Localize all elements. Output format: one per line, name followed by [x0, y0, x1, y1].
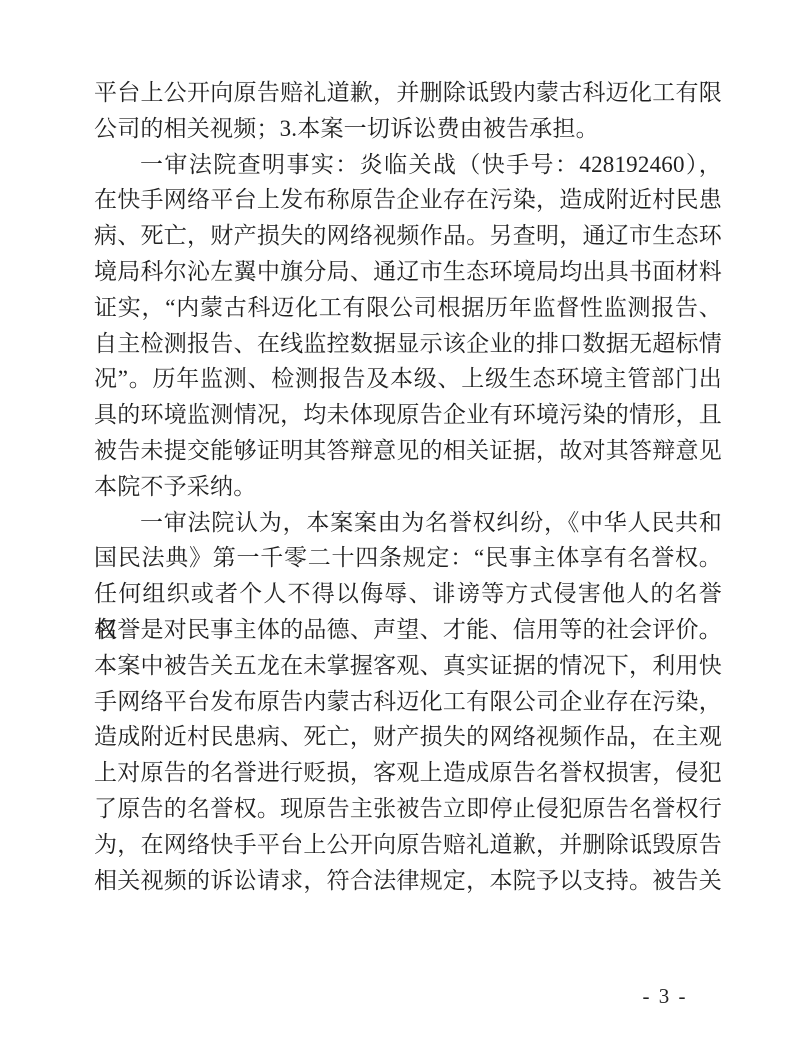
text-line: 在快手网络平台上发布称原告企业存在污染，造成附近村民患 [94, 182, 722, 218]
text-line: 相关视频的诉讼请求，符合法律规定，本院予以支持。被告关 [94, 863, 722, 899]
text-line: 一审法院认为，本案案由为名誉权纠纷，《中华人民共和 [94, 505, 722, 541]
judgment-text-block: 平台上公开向原告赔礼道歉，并删除诋毁内蒙古科迈化工有限 公司的相关视频；3.本案… [94, 75, 722, 898]
text-line: 被告未提交能够证明其答辩意见的相关证据，故对其答辩意见 [94, 433, 722, 469]
document-page: 平台上公开向原告赔礼道歉，并删除诋毁内蒙古科迈化工有限 公司的相关视频；3.本案… [0, 0, 785, 1053]
text-line: 公司的相关视频；3.本案一切诉讼费由被告承担。 [94, 111, 722, 147]
text-line: 自主检测报告、在线监控数据显示该企业的排口数据无超标情 [94, 326, 722, 362]
text-line: 一审法院查明事实：炎临关战（快手号：428192460）， [94, 147, 722, 183]
text-line: 本案中被告关五龙在未掌握客观、真实证据的情况下，利用快 [94, 648, 722, 684]
text-line: 造成附近村民患病、死亡，财产损失的网络视频作品，在主观 [94, 719, 722, 755]
text-line: 证实，“内蒙古科迈化工有限公司根据历年监督性监测报告、 [94, 290, 722, 326]
text-line: 病、死亡，财产损失的网络视频作品。另查明，通辽市生态环 [94, 218, 722, 254]
text-line: 名誉是对民事主体的品德、声望、才能、信用等的社会评价。 [94, 612, 722, 648]
text-line: 平台上公开向原告赔礼道歉，并删除诋毁内蒙古科迈化工有限 [94, 75, 722, 111]
text-line: 为，在网络快手平台上公开向原告赔礼道歉，并删除诋毁原告 [94, 827, 722, 863]
text-line: 国民法典》第一千零二十四条规定：“民事主体享有名誉权。 [94, 540, 722, 576]
text-line: 况”。历年监测、检测报告及本级、上级生态环境主管部门出 [94, 361, 722, 397]
text-line: 境局科尔沁左翼中旗分局、通辽市生态环境局均出具书面材料 [94, 254, 722, 290]
text-line: 具的环境监测情况，均未体现原告企业有环境污染的情形，且 [94, 397, 722, 433]
text-line: 任何组织或者个人不得以侮辱、诽谤等方式侵害他人的名誉权。 [94, 576, 722, 612]
page-number: - 3 - [615, 983, 715, 1009]
text-line: 手网络平台发布原告内蒙古科迈化工有限公司企业存在污染， [94, 684, 722, 720]
text-line: 了原告的名誉权。现原告主张被告立即停止侵犯原告名誉权行 [94, 791, 722, 827]
text-line: 上对原告的名誉进行贬损，客观上造成原告名誉权损害，侵犯 [94, 755, 722, 791]
text-line: 本院不予采纳。 [94, 469, 722, 505]
